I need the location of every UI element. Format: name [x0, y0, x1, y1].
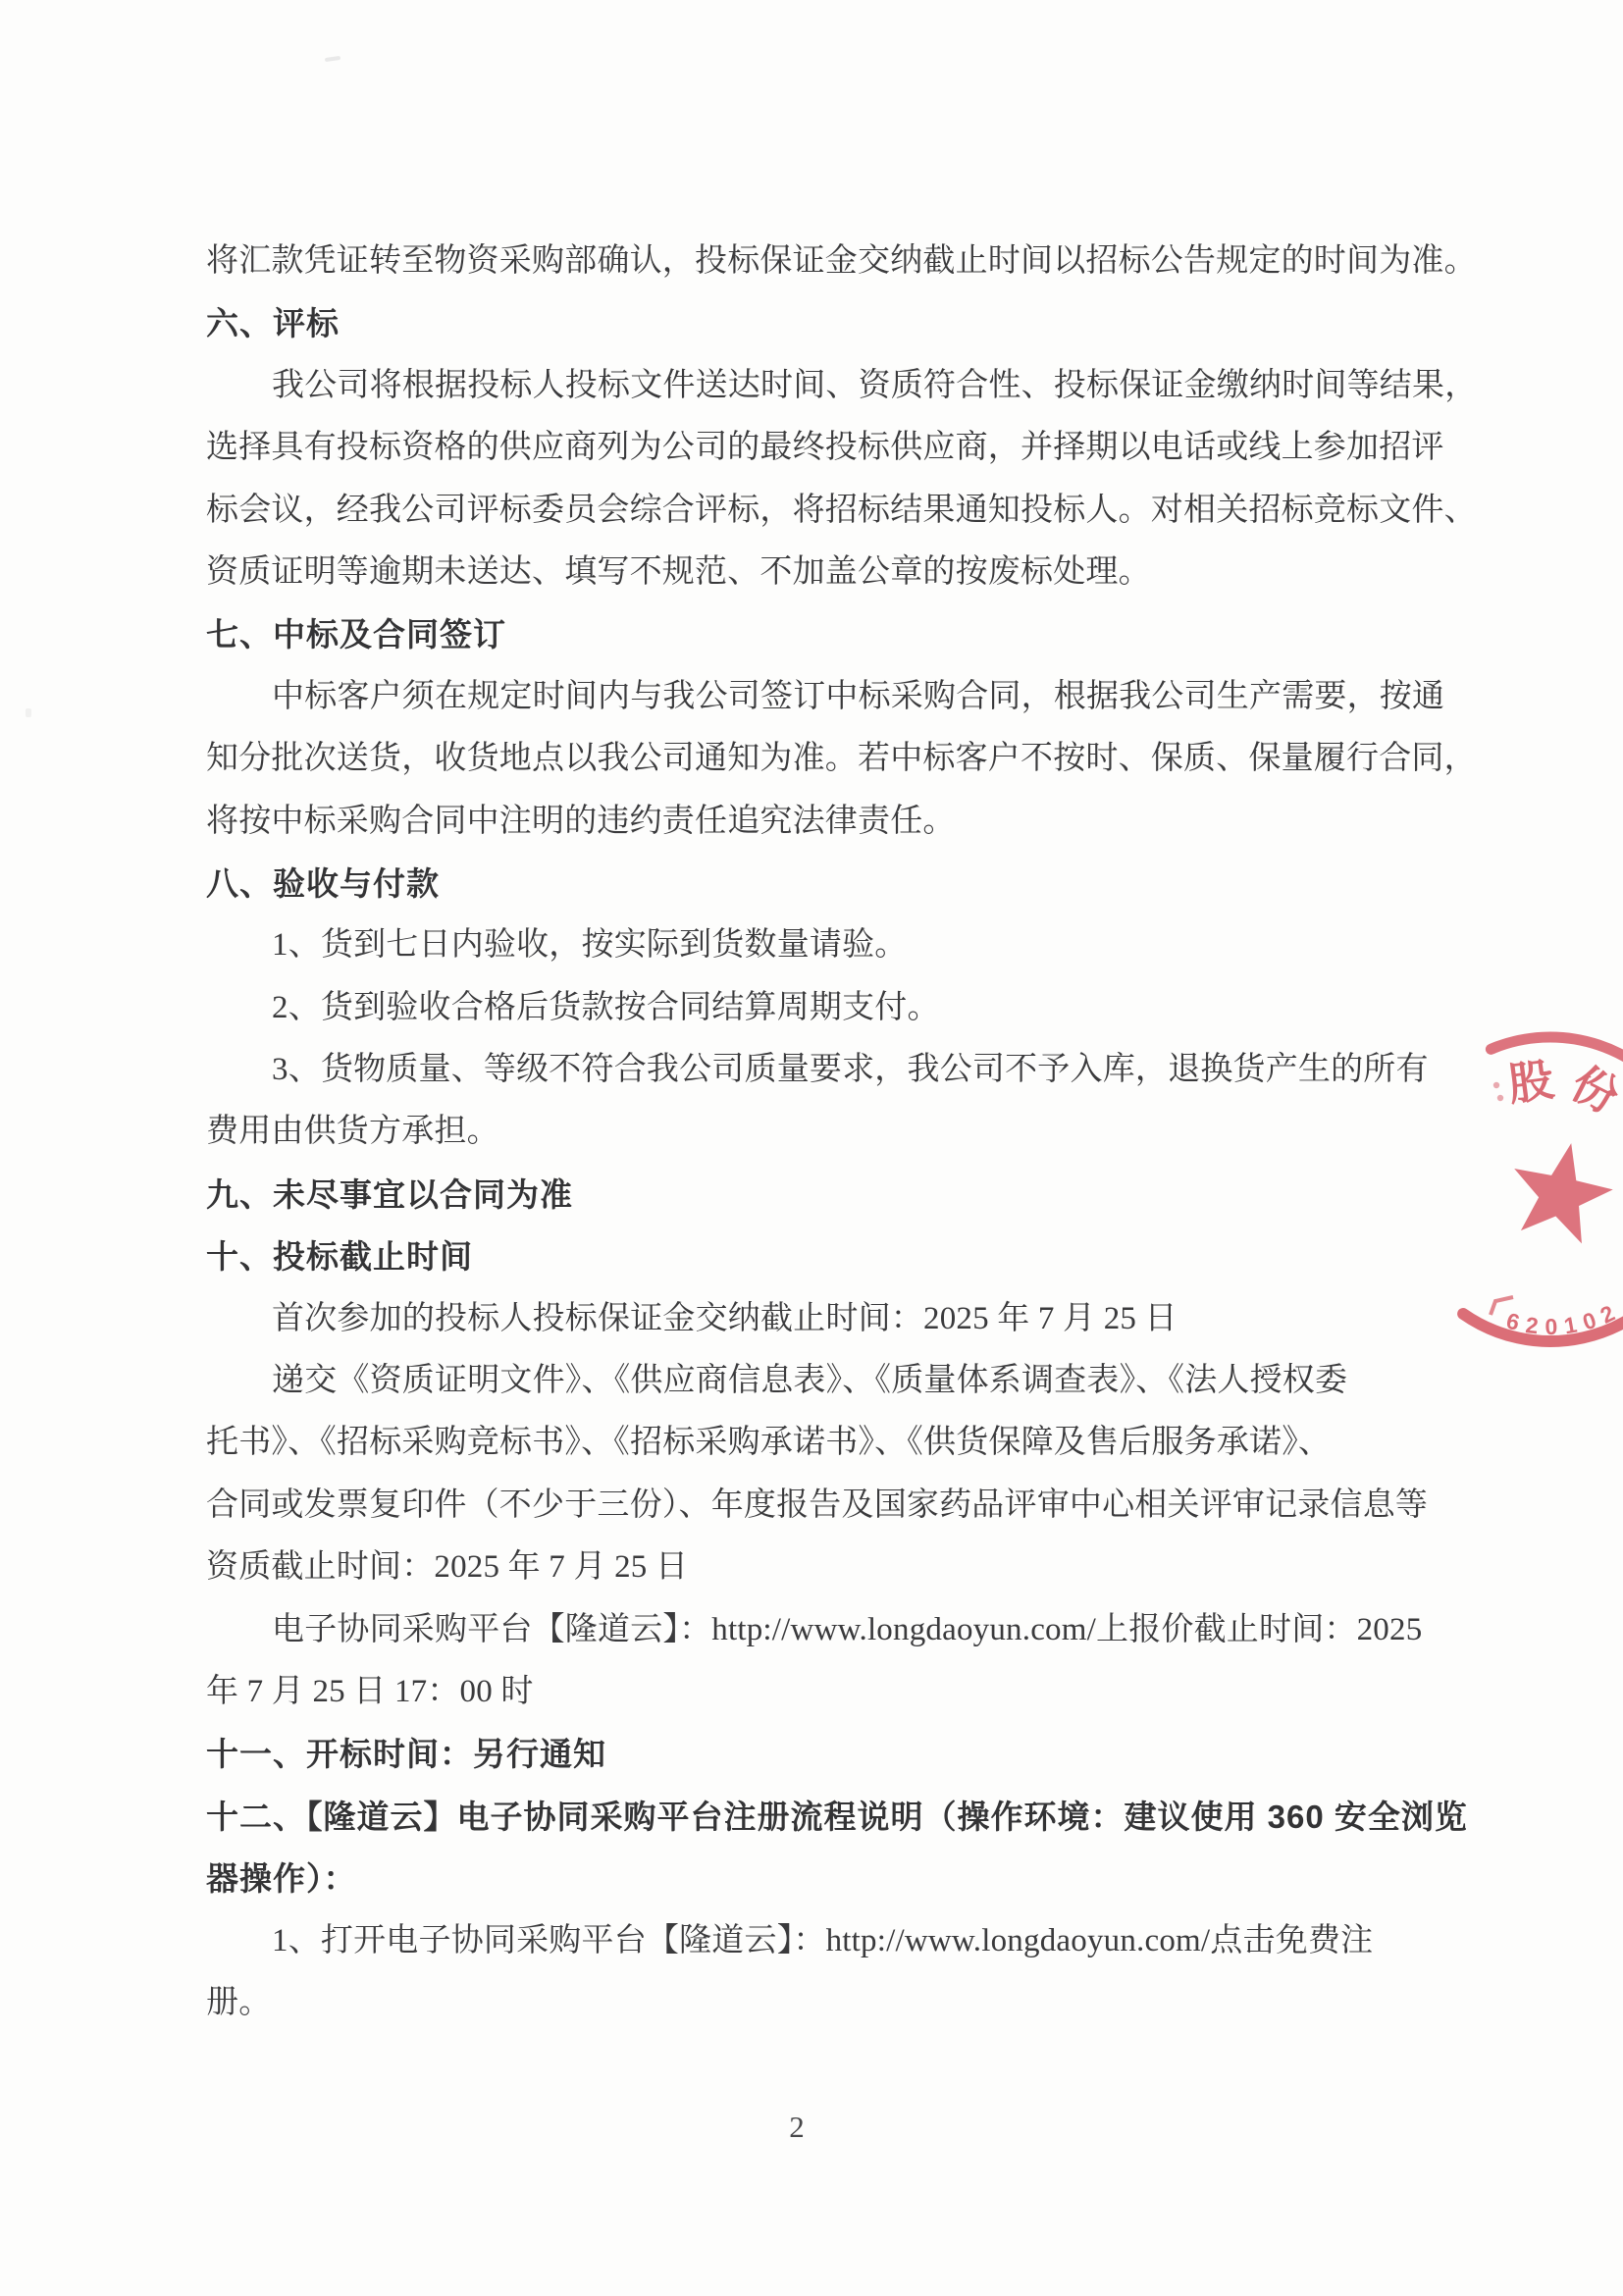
- text-line: 2、货到验收合格后货款按合同结算周期支付。: [206, 977, 1452, 1039]
- text-line: 年 7 月 25 日 17：00 时: [206, 1661, 1452, 1723]
- text-line: 选择具有投标资格的供应商列为公司的最终投标供应商，并择期以电话或线上参加招评: [206, 417, 1452, 479]
- text-line: 中标客户须在规定时间内与我公司签订中标采购合同，根据我公司生产需要，按通: [206, 666, 1452, 728]
- text-line: 知分批次送货，收货地点以我公司通知为准。若中标客户不按时、保质、保量履行合同，: [206, 728, 1452, 790]
- text-line: 十、投标截止时间: [206, 1226, 1452, 1287]
- scan-speck: [325, 56, 340, 62]
- text-line: 标会议，经我公司评标委员会综合评标，将招标结果通知投标人。对相关招标竞标文件、: [206, 480, 1452, 542]
- text-line: 七、中标及合同签订: [206, 603, 1452, 665]
- scan-speck: [26, 708, 31, 717]
- text-line: 托书》、《招标采购竞标书》、《招标采购承诺书》、《供货保障及售后服务承诺》、: [206, 1412, 1452, 1474]
- text-line: 1、打开电子协同采购平台【隆道云】：http://www.longdaoyun.…: [206, 1910, 1452, 1972]
- text-line: 费用由供货方承担。: [206, 1101, 1452, 1163]
- text-line: 将按中标采购合同中注明的违约责任追究法律责任。: [206, 791, 1452, 853]
- text-line: 九、未尽事宜以合同为准: [206, 1164, 1452, 1226]
- company-seal-stamp: 股份 620102: [1428, 1001, 1623, 1393]
- text-line: 资质证明等逾期未送达、填写不规范、不加盖公章的按废标处理。: [206, 542, 1452, 603]
- text-line: 册。: [206, 1972, 1452, 2034]
- stamp-faded-dot: [1493, 1082, 1499, 1088]
- text-line: 器操作）：: [206, 1848, 1452, 1909]
- stamp-star-icon: [1502, 1132, 1621, 1247]
- text-line: 将汇款凭证转至物资采购部确认，投标保证金交纳截止时间以招标公告规定的时间为准。: [206, 231, 1452, 292]
- text-line: 十二、【隆道云】电子协同采购平台注册流程说明（操作环境：建议使用 360 安全浏…: [206, 1786, 1452, 1848]
- text-line: 首次参加的投标人投标保证金交纳截止时间：2025 年 7 月 25 日: [206, 1288, 1452, 1350]
- text-line: 递交《资质证明文件》、《供应商信息表》、《质量体系调查表》、《法人授权委: [206, 1350, 1452, 1412]
- text-line: 六、评标: [206, 292, 1452, 354]
- text-line: 八、验收与付款: [206, 853, 1452, 914]
- page-number: 2: [0, 2108, 1594, 2147]
- text-line: 资质截止时间：2025 年 7 月 25 日: [206, 1537, 1452, 1598]
- document-page: 将汇款凭证转至物资采购部确认，投标保证金交纳截止时间以招标公告规定的时间为准。六…: [0, 0, 1623, 2296]
- stamp-top-text: 股份: [1505, 1052, 1623, 1127]
- document-body: 将汇款凭证转至物资采购部确认，投标保证金交纳截止时间以招标公告规定的时间为准。六…: [206, 231, 1452, 2034]
- text-line: 1、货到七日内验收，按实际到货数量请验。: [206, 914, 1452, 976]
- text-line: 合同或发票复印件（不少于三份）、年度报告及国家药品评审中心相关评审记录信息等: [206, 1475, 1452, 1537]
- text-line: 我公司将根据投标人投标文件送达时间、资质符合性、投标保证金缴纳时间等结果，: [206, 355, 1452, 417]
- text-line: 十一、开标时间：另行通知: [206, 1723, 1452, 1785]
- text-line: 电子协同采购平台【隆道云】：http://www.longdaoyun.com/…: [206, 1599, 1452, 1661]
- stamp-faded-dot: [1497, 1095, 1503, 1101]
- text-line: 3、货物质量、等级不符合我公司质量要求，我公司不予入库，退换货产生的所有: [206, 1039, 1452, 1101]
